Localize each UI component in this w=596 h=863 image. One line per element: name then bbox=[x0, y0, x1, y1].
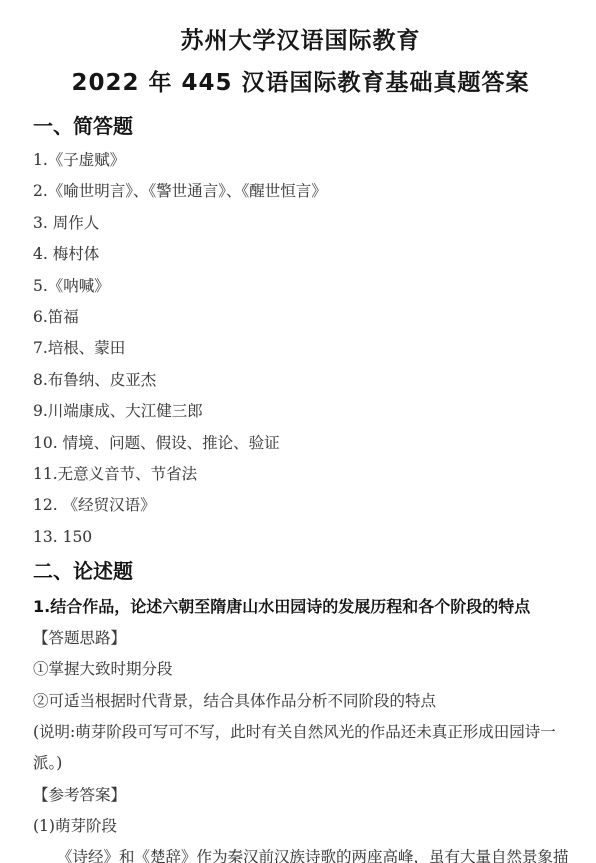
essay-question: 1.结合作品，论述六朝至隋唐山水田园诗的发展历程和各个阶段的特点 bbox=[33, 598, 568, 616]
section1-heading: 一、简答题 bbox=[33, 115, 568, 137]
short-answer-item-5: 5.《呐喊》 bbox=[33, 278, 568, 295]
note-line-2: 派。) bbox=[33, 755, 568, 772]
short-answer-item-3: 3. 周作人 bbox=[33, 215, 568, 232]
section2-heading: 二、论述题 bbox=[33, 560, 568, 582]
answer-idea-label: 【答题思路】 bbox=[33, 630, 568, 647]
short-answer-item-9: 9.川端康成、大江健三郎 bbox=[33, 403, 568, 420]
short-answer-item-4: 4. 梅村体 bbox=[33, 246, 568, 263]
stage1-heading: (1)萌芽阶段 bbox=[33, 818, 568, 835]
reference-answer-label: 【参考答案】 bbox=[33, 787, 568, 804]
stage1-paragraph: 《诗经》和《楚辞》作为秦汉前汉族诗歌的两座高峰，虽有大量自然景象描 bbox=[33, 849, 568, 863]
doc-title-line1: 苏州大学汉语国际教育 bbox=[33, 29, 568, 54]
document-page: { "header": { "title_line1": "苏州大学汉语国际教育… bbox=[0, 0, 596, 863]
short-answer-list: 1.《子虚赋》 2.《喻世明言》、《警世通言》、《醒世恒言》 3. 周作人 4.… bbox=[33, 152, 568, 546]
short-answer-item-1: 1.《子虚赋》 bbox=[33, 152, 568, 169]
short-answer-item-10: 10. 情境、问题、假设、推论、验证 bbox=[33, 435, 568, 452]
document-body: 苏州大学汉语国际教育 2022 年 445 汉语国际教育基础真题答案 一、简答题… bbox=[0, 0, 596, 863]
doc-title-line2: 2022 年 445 汉语国际教育基础真题答案 bbox=[33, 71, 568, 96]
note-line-1: (说明:萌芽阶段可写可不写，此时有关自然风光的作品还未真正形成田园诗一 bbox=[33, 724, 568, 741]
short-answer-item-7: 7.培根、蒙田 bbox=[33, 340, 568, 357]
short-answer-item-12: 12. 《经贸汉语》 bbox=[33, 497, 568, 514]
idea-point-2: ②可适当根据时代背景，结合具体作品分析不同阶段的特点 bbox=[33, 693, 568, 710]
short-answer-item-2: 2.《喻世明言》、《警世通言》、《醒世恒言》 bbox=[33, 183, 568, 200]
idea-point-1: ①掌握大致时期分段 bbox=[33, 661, 568, 678]
short-answer-item-6: 6.笛福 bbox=[33, 309, 568, 326]
short-answer-item-8: 8.布鲁纳、皮亚杰 bbox=[33, 372, 568, 389]
short-answer-item-11: 11.无意义音节、节省法 bbox=[33, 466, 568, 483]
short-answer-item-13: 13. 150 bbox=[33, 529, 568, 546]
